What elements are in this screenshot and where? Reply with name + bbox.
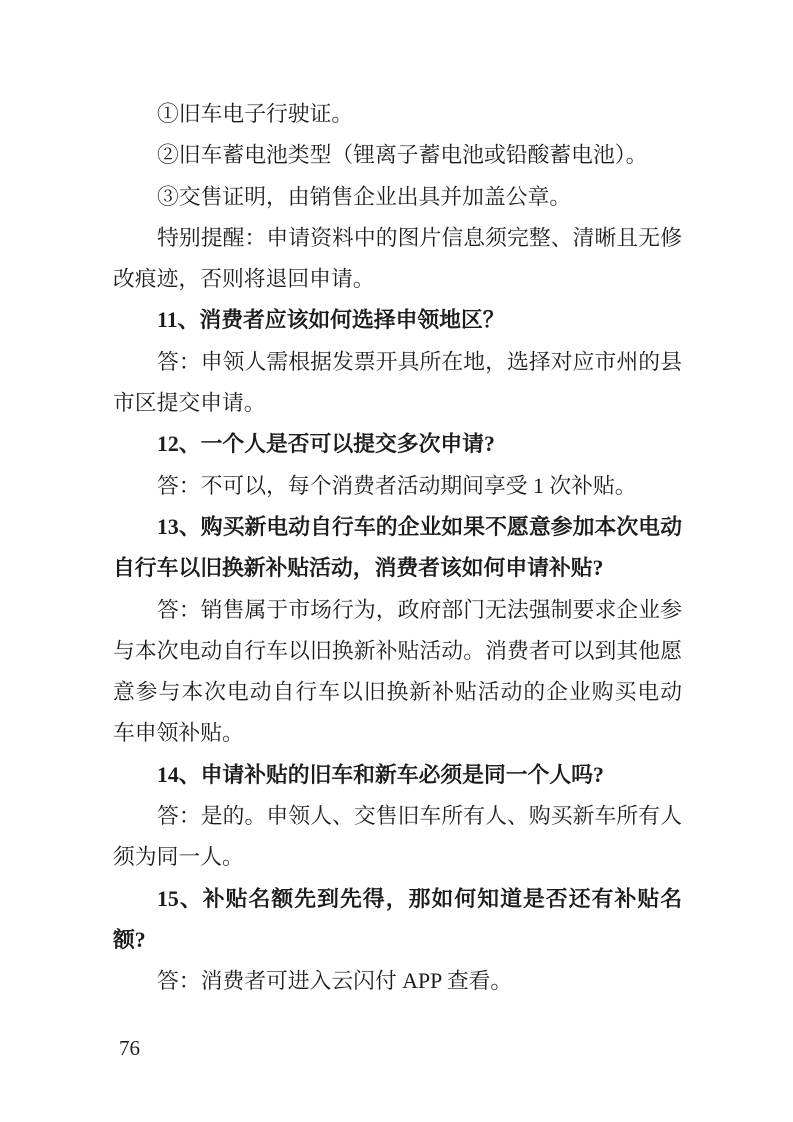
text-line-question-11: 11、消费者应该如何选择申领地区？: [113, 300, 682, 341]
text-line-list-item-3: ③交售证明，由销售企业出具并加盖公章。: [113, 177, 682, 218]
document-body: ①旧车电子行驶证。 ②旧车蓄电池类型（锂离子蓄电池或铅酸蓄电池）。 ③交售证明，…: [113, 94, 682, 1003]
text-line-question-13-2: 自行车以旧换新补贴活动，消费者该如何申请补贴?: [113, 548, 682, 589]
text-line-question-13-1: 13、购买新电动自行车的企业如果不愿意参加本次电动: [113, 507, 682, 548]
text-line-question-15-1: 15、补贴名额先到先得，那如何知道是否还有补贴名: [113, 879, 682, 920]
text-line-answer-12: 答：不可以，每个消费者活动期间享受 1 次补贴。: [113, 466, 682, 507]
text-line-answer-14-1: 答：是的。申领人、交售旧车所有人、购买新车所有人: [113, 796, 682, 837]
text-line-notice-2: 改痕迹，否则将退回申请。: [113, 259, 682, 300]
page-number: 76: [119, 1033, 140, 1063]
text-line-answer-13-2: 与本次电动自行车以旧换新补贴活动。消费者可以到其他愿: [113, 631, 682, 672]
text-line-question-12: 12、一个人是否可以提交多次申请?: [113, 424, 682, 465]
text-line-answer-11-2: 市区提交申请。: [113, 383, 682, 424]
text-line-answer-13-3: 意参与本次电动自行车以旧换新补贴活动的企业购买电动: [113, 672, 682, 713]
text-line-answer-11-1: 答：申领人需根据发票开具所在地，选择对应市州的县: [113, 342, 682, 383]
text-line-notice-1: 特别提醒：申请资料中的图片信息须完整、清晰且无修: [113, 218, 682, 259]
text-line-question-15-2: 额?: [113, 920, 682, 961]
text-line-question-14: 14、申请补贴的旧车和新车必须是同一个人吗?: [113, 755, 682, 796]
text-line-answer-15: 答：消费者可进入云闪付 APP 查看。: [113, 961, 682, 1002]
text-line-answer-13-1: 答：销售属于市场行为，政府部门无法强制要求企业参: [113, 590, 682, 631]
text-line-list-item-2: ②旧车蓄电池类型（锂离子蓄电池或铅酸蓄电池）。: [113, 135, 682, 176]
text-line-answer-13-4: 车申领补贴。: [113, 713, 682, 754]
text-line-answer-14-2: 须为同一人。: [113, 837, 682, 878]
text-line-list-item-1: ①旧车电子行驶证。: [113, 94, 682, 135]
